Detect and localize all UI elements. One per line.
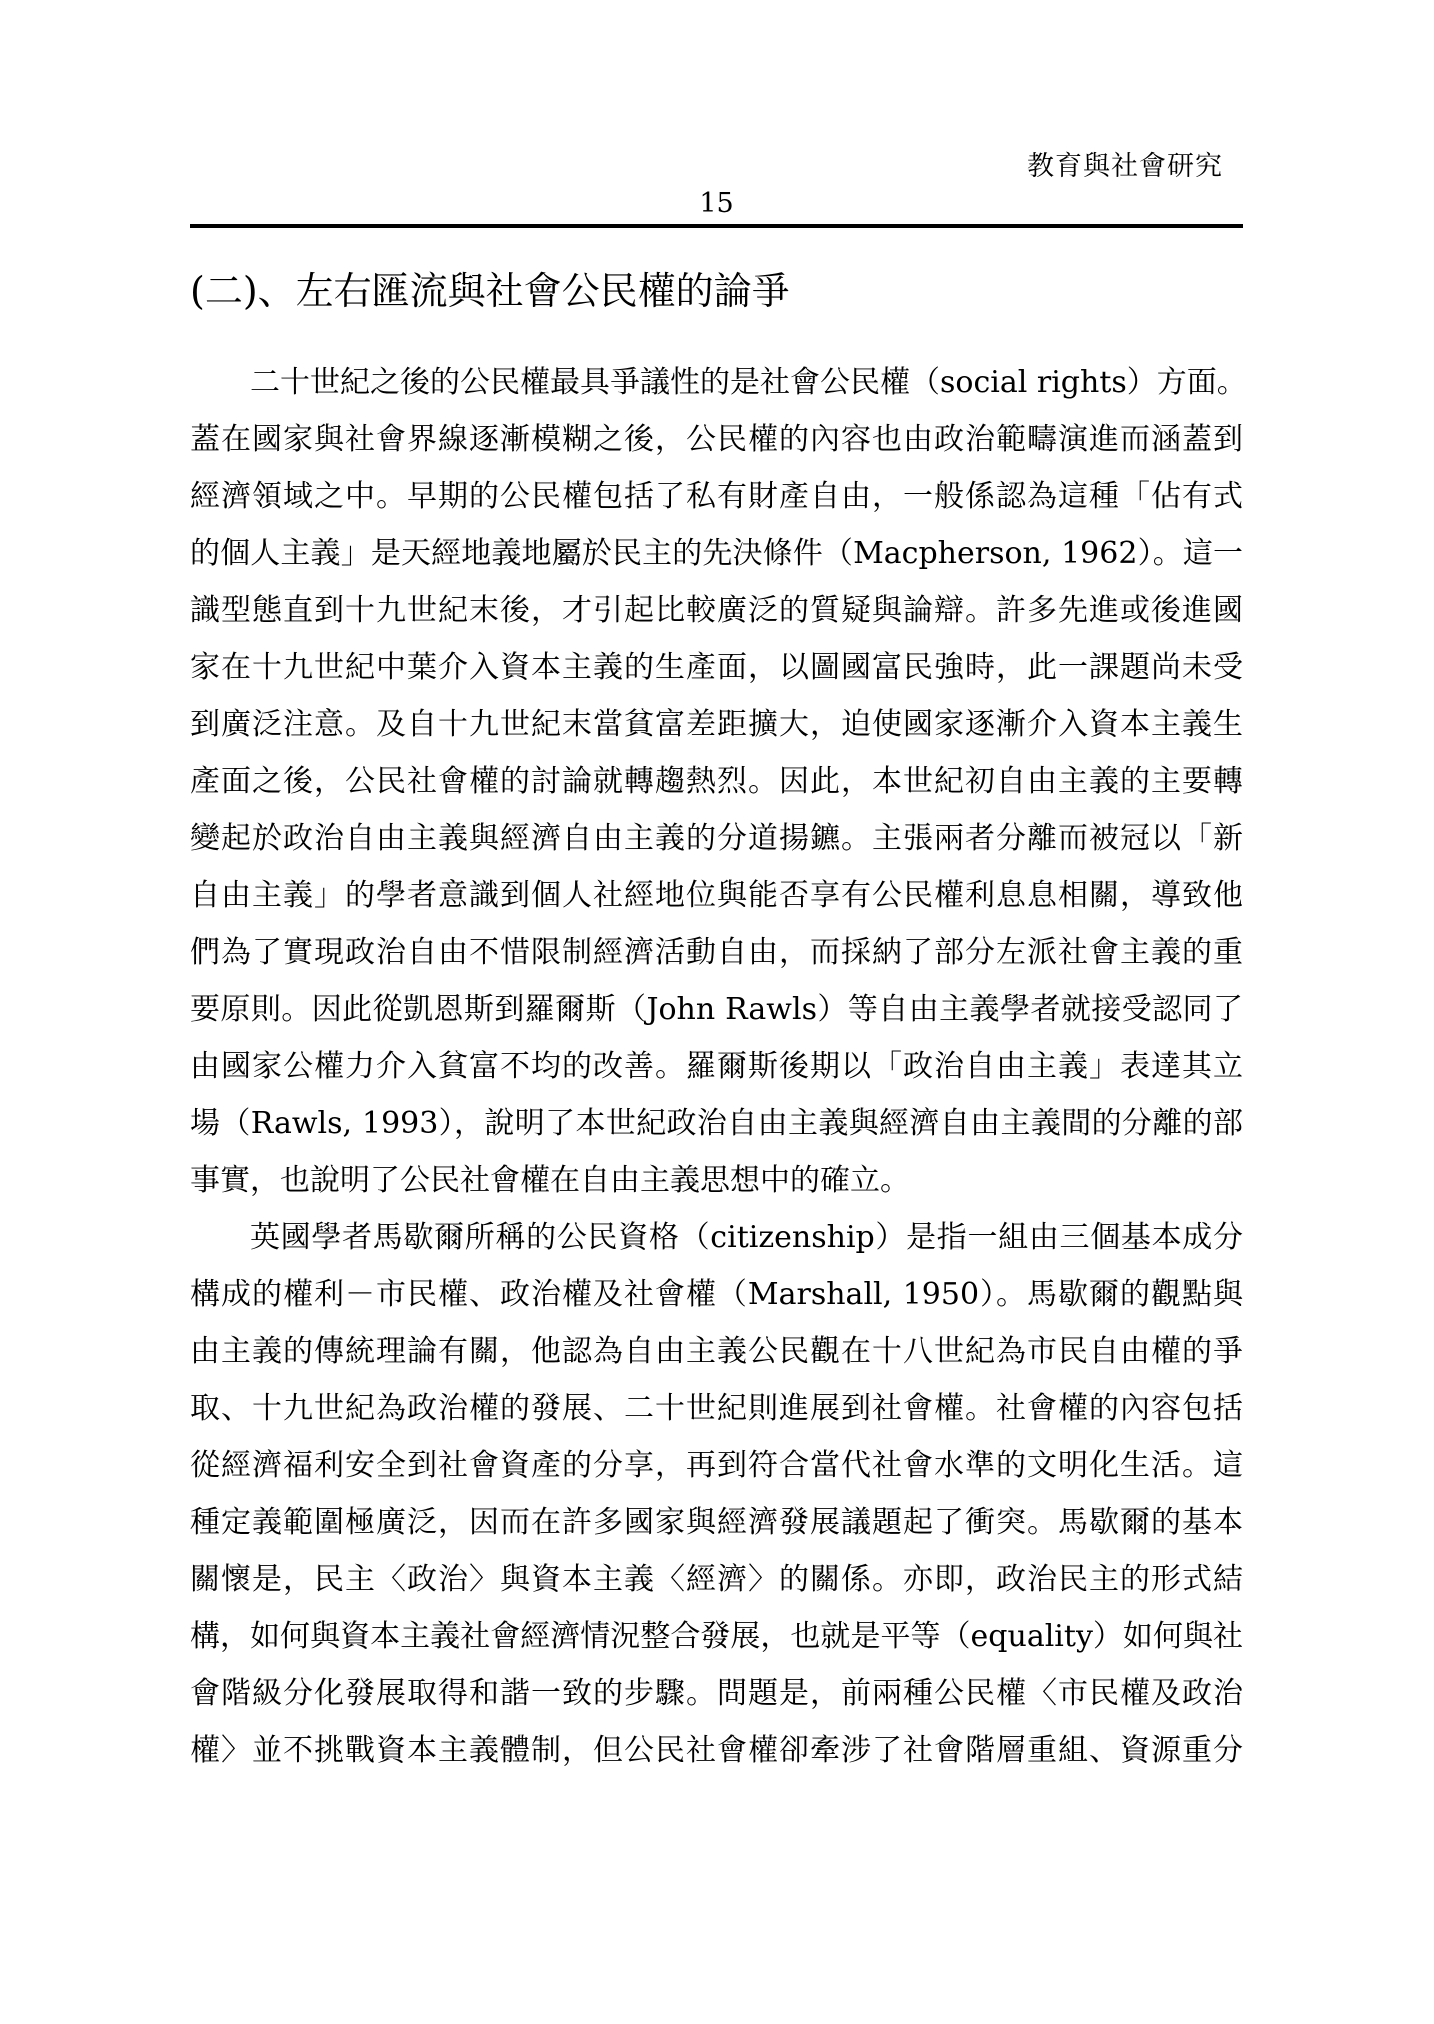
text-line: 事實，也說明了公民社會權在自由主義思想中的確立。 bbox=[190, 1152, 1243, 1209]
text-line: 種定義範圍極廣泛，因而在許多國家與經濟發展議題起了衝突。馬歇爾的基本 bbox=[190, 1494, 1243, 1551]
text-line: 蓋在國家與社會界線逐漸模糊之後，公民權的內容也由政治範疇演進而涵蓋到 bbox=[190, 411, 1243, 468]
text-line: 從經濟福利安全到社會資產的分享，再到符合當代社會水準的文明化生活。這 bbox=[190, 1437, 1243, 1494]
text-line: 二十世紀之後的公民權最具爭議性的是社會公民權（social rights）方面。 bbox=[190, 354, 1243, 411]
page-number: 15 bbox=[190, 189, 1243, 219]
text-line: 英國學者馬歇爾所稱的公民資格（citizenship）是指一組由三個基本成分所 bbox=[190, 1209, 1243, 1266]
text-line: 經濟領域之中。早期的公民權包括了私有財產自由，一般係認為這種「佔有式 bbox=[190, 468, 1243, 525]
paragraph-1: 二十世紀之後的公民權最具爭議性的是社會公民權（social rights）方面。… bbox=[190, 354, 1243, 1209]
text-line: 變起於政治自由主義與經濟自由主義的分道揚鑣。主張兩者分離而被冠以「新 bbox=[190, 810, 1243, 867]
header-rule-line bbox=[190, 224, 1243, 228]
text-line: 們為了實現政治自由不惜限制經濟活動自由，而採納了部分左派社會主義的重 bbox=[190, 924, 1243, 981]
text-line: 家在十九世紀中葉介入資本主義的生產面，以圖國富民強時，此一課題尚未受 bbox=[190, 639, 1243, 696]
paragraph-2: 英國學者馬歇爾所稱的公民資格（citizenship）是指一組由三個基本成分所 … bbox=[190, 1209, 1243, 1779]
text-line: 自由主義」的學者意識到個人社經地位與能否享有公民權利息息相關，導致他 bbox=[190, 867, 1243, 924]
running-header-journal-title: 教育與社會研究 bbox=[1027, 152, 1223, 182]
text-line: 識型態直到十九世紀末後，才引起比較廣泛的質疑與論辯。許多先進或後進國 bbox=[190, 582, 1243, 639]
text-line: 會階級分化發展取得和諧一致的步驟。問題是，前兩種公民權〈市民權及政治 bbox=[190, 1665, 1243, 1722]
text-line: 構，如何與資本主義社會經濟情況整合發展，也就是平等（equality）如何與社 bbox=[190, 1608, 1243, 1665]
text-line: 到廣泛注意。及自十九世紀末當貧富差距擴大，迫使國家逐漸介入資本主義生 bbox=[190, 696, 1243, 753]
text-line: 場（Rawls, 1993），說明了本世紀政治自由主義與經濟自由主義間的分離的部… bbox=[190, 1095, 1243, 1152]
text-line: 權〉並不挑戰資本主義體制，但公民社會權卻牽涉了社會階層重組、資源重分 bbox=[190, 1722, 1243, 1779]
document-page: 教育與社會研究 15 (二)、左右匯流與社會公民權的論爭 二十世紀之後的公民權最… bbox=[0, 0, 1434, 2024]
text-line: 構成的權利－市民權、政治權及社會權（Marshall, 1950）。馬歇爾的觀點… bbox=[190, 1266, 1243, 1323]
text-line: 產面之後，公民社會權的討論就轉趨熱烈。因此，本世紀初自由主義的主要轉 bbox=[190, 753, 1243, 810]
section-heading: (二)、左右匯流與社會公民權的論爭 bbox=[190, 268, 1243, 314]
text-line: 由國家公權力介入貧富不均的改善。羅爾斯後期以「政治自由主義」表達其立 bbox=[190, 1038, 1243, 1095]
text-line: 的個人主義」是天經地義地屬於民主的先決條件（Macpherson, 1962）。… bbox=[190, 525, 1243, 582]
page-body: (二)、左右匯流與社會公民權的論爭 二十世紀之後的公民權最具爭議性的是社會公民權… bbox=[190, 268, 1243, 1779]
text-line: 取、十九世紀為政治權的發展、二十世紀則進展到社會權。社會權的內容包括 bbox=[190, 1380, 1243, 1437]
text-line: 由主義的傳統理論有關，他認為自由主義公民觀在十八世紀為市民自由權的爭 bbox=[190, 1323, 1243, 1380]
text-line: 要原則。因此從凱恩斯到羅爾斯（John Rawls）等自由主義學者就接受認同了 bbox=[190, 981, 1243, 1038]
text-line: 關懷是，民主〈政治〉與資本主義〈經濟〉的關係。亦即，政治民主的形式結 bbox=[190, 1551, 1243, 1608]
